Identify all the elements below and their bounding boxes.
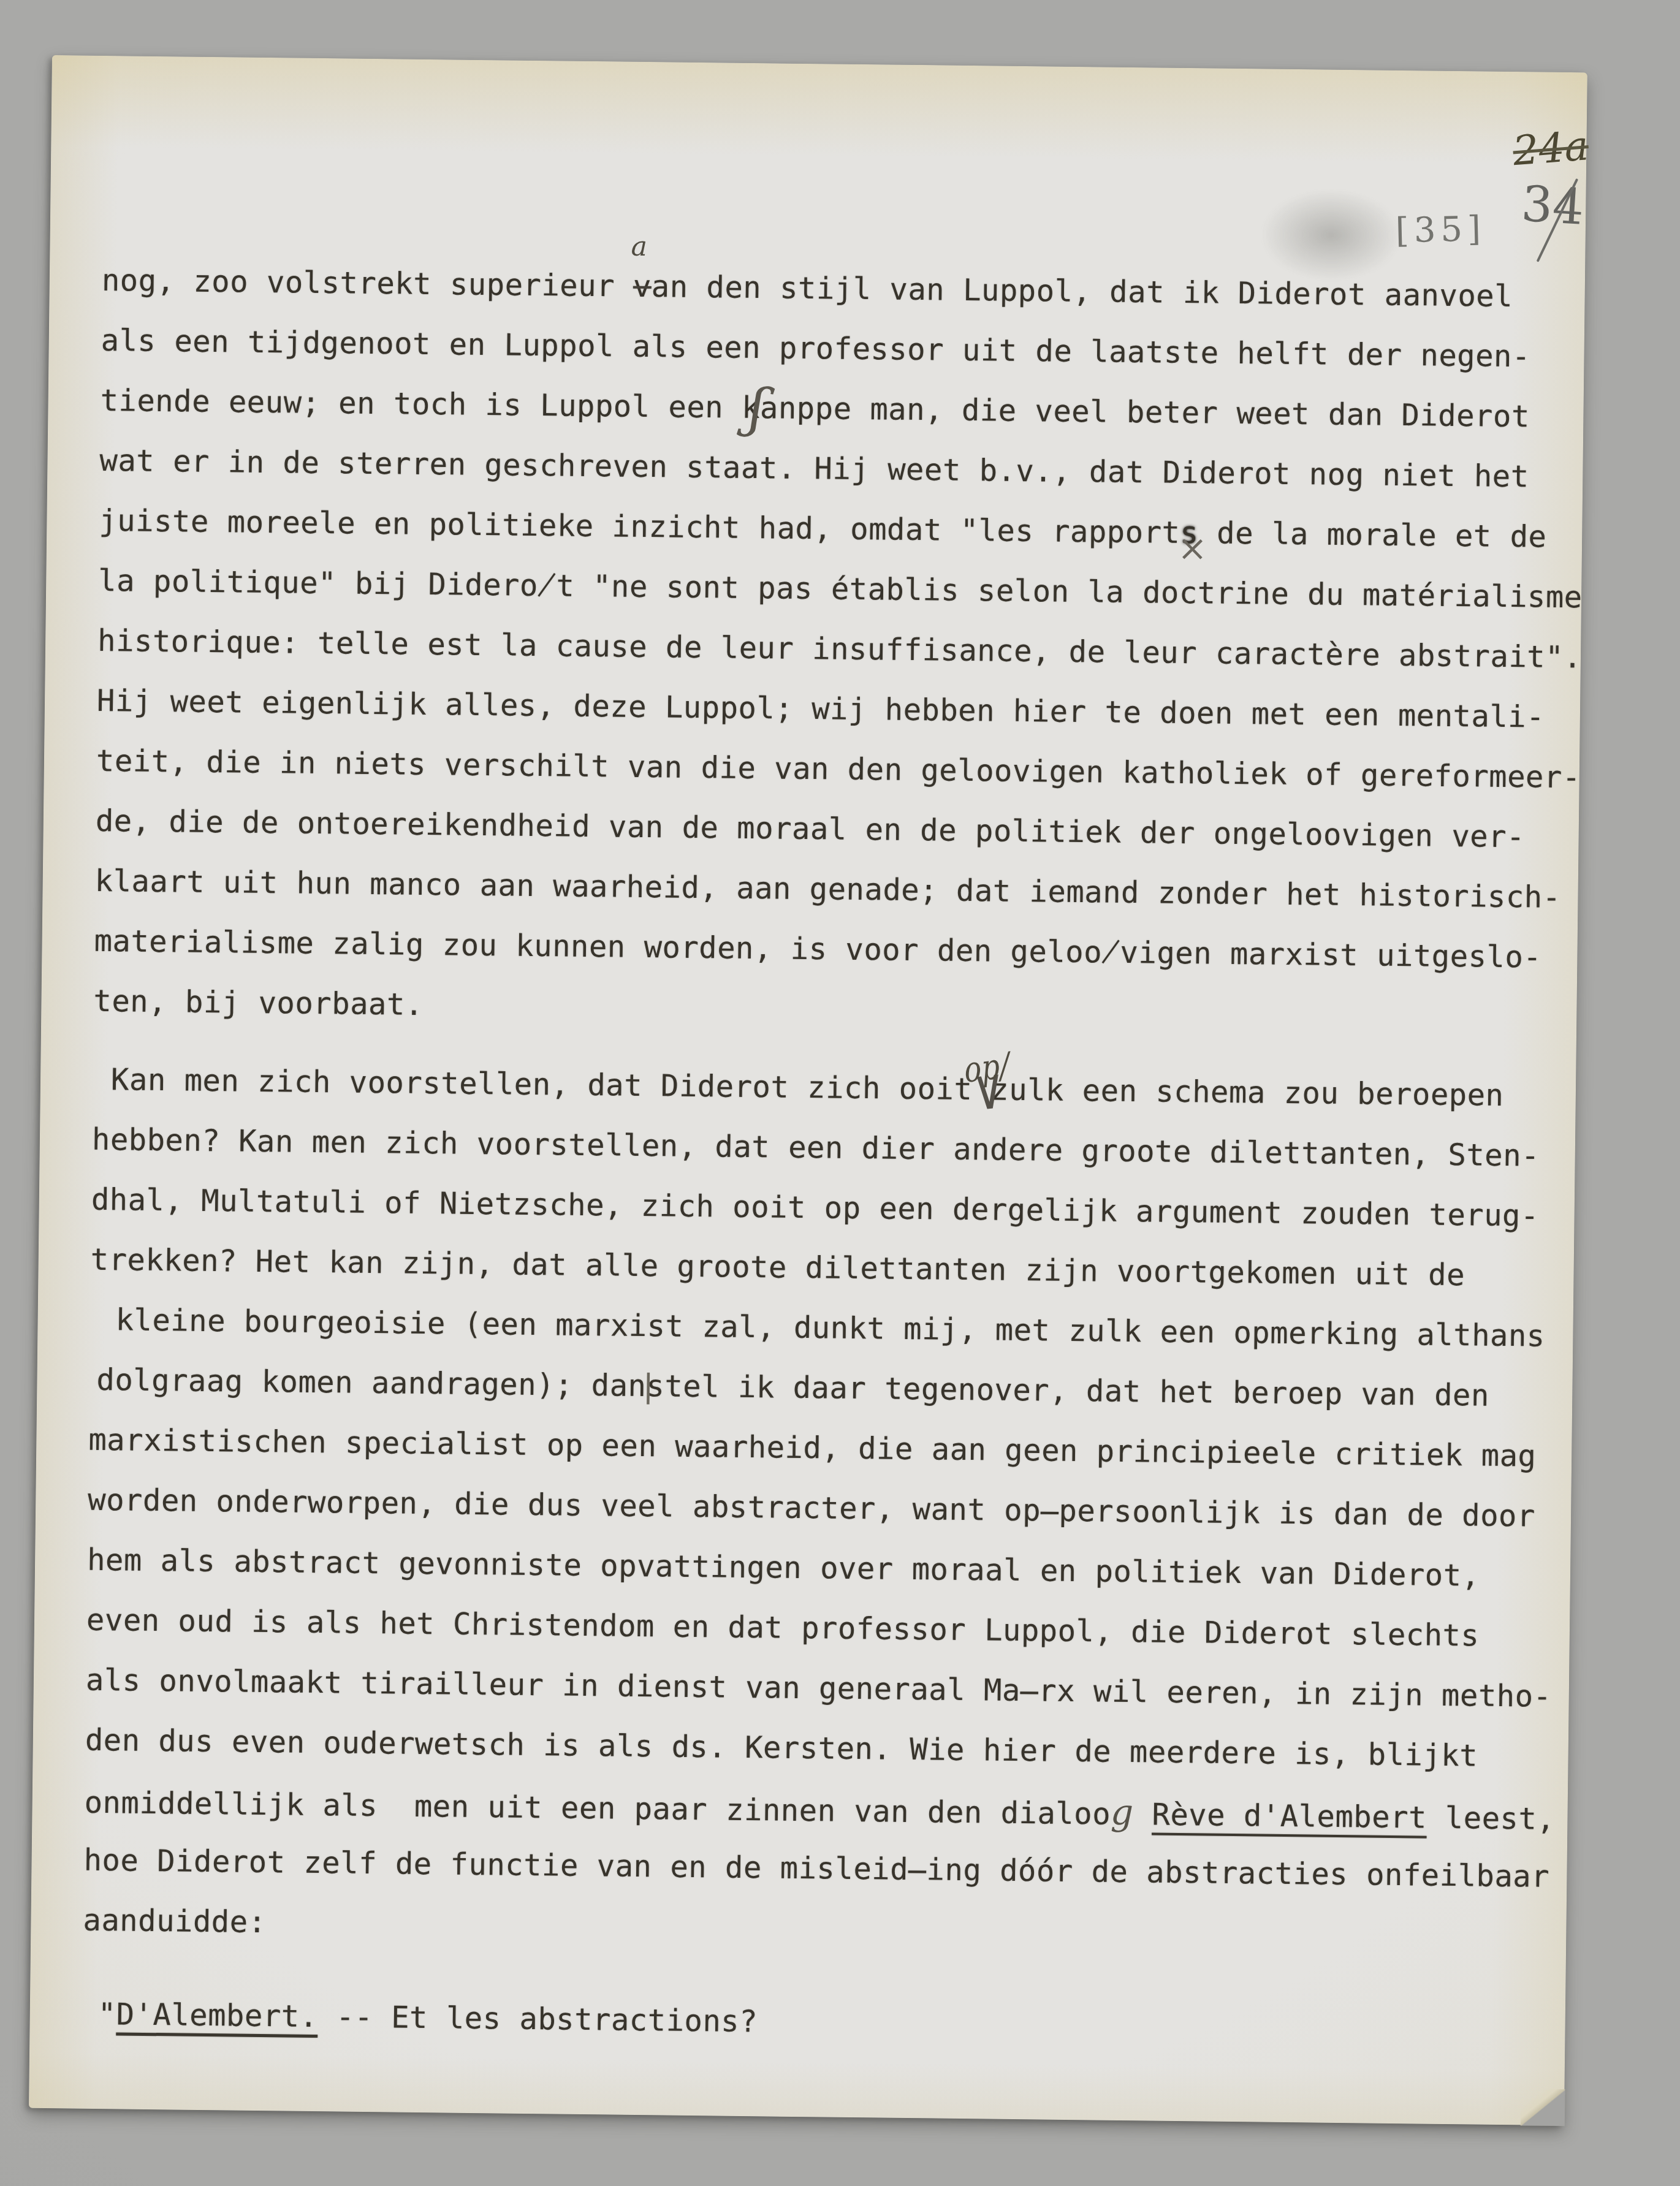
typed-text-segment: aanduidde: [83,1903,267,1940]
typed-text-segment: wat er in de sterren geschreven staat. H… [99,443,1529,494]
typed-text-segment: dhal, Multatuli of Nietzsche, zich ooit … [91,1182,1539,1234]
typed-text-segment: -- Et les abstractions? [317,1999,758,2039]
typed-text-segment: kleine bourgeoisie (een marxist zal, dun… [115,1302,1545,1353]
typed-text-segment: Kan men zich voorstellen, dat Diderot zi… [111,1062,973,1107]
overstruck-character: va [633,269,652,304]
typed-text-segment: an den stijl van Luppol, dat ik Diderot … [651,269,1513,314]
typed-line: "D'Alembert. -- Et les abstractions? [97,1984,1567,2061]
typed-text-segment [1133,1797,1152,1832]
scan-background: { "palette": { "background": "#a0a09e", … [0,0,1680,2186]
typed-text-segment: dolgraag komen aandragen); dan [96,1362,647,1403]
typed-text-segment: den dus even ouderwetsch is als ds. Kers… [85,1723,1478,1774]
typed-text-block: nog, zoo volstrekt superieur vaan den st… [29,55,1589,2061]
typed-text-segment: juiste moreele en politieke inzicht had,… [99,503,1180,550]
typed-text-segment: stel ik daar tegenover, dat het beroep v… [646,1368,1489,1413]
underlined-title: Rève d'Alembert [1152,1797,1427,1835]
typed-text-segment: marxistischen specialist op een waarheid… [88,1422,1537,1474]
typed-text-segment: als een tijdgenoot en Luppol als een pro… [101,323,1530,374]
typed-text-segment: even oud is als het Christendom en dat p… [86,1603,1480,1653]
document-page: 24a 34 [35] nog, zoo volstrekt superieur… [29,55,1587,2125]
typed-text-segment: hoe Diderot zelf de functie van en de mi… [83,1843,1549,1894]
typed-text-segment: klaart uit hun manco aan waarheid, aan g… [94,863,1561,915]
typed-text-segment: leest, [1427,1801,1556,1837]
handwritten-insertion-op: ∨op/ [972,1090,990,1092]
handwritten-note: op/ [964,1047,1011,1088]
handwritten-g-correction: g [1111,1791,1134,1833]
typed-text-segment: hem als abstract gevonniste opvattingen … [87,1543,1480,1593]
typed-text-segment: onmiddellijk als men uit een paar zinnen… [84,1785,1111,1832]
typed-text-segment: hebben? Kan men zich voorstellen, dat ee… [92,1122,1540,1174]
typed-text-segment: trekken? Het kan zijn, dat alle groote d… [90,1242,1465,1292]
typed-text-segment: materialisme zalig zou kunnen worden, is… [94,924,1541,975]
typed-text-segment: nppe man, die veel beter weet dan Didero… [778,390,1530,434]
overstruck-character: s [1180,515,1199,550]
typed-text-segment: nog, zoo volstrekt superieur [102,263,634,304]
typed-text-segment: tiende eeuw; en toch is Luppol een ka [100,383,778,426]
typed-text-segment: ten, bij voorbaat. [93,984,424,1022]
typed-text-segment: worden onderworpen, die dus veel abstrac… [88,1482,1535,1534]
handwritten-note: a [631,233,647,260]
typed-text-segment: teit, die in niets verschilt van die van… [96,743,1581,795]
typed-text-segment: " [97,1997,116,2032]
typed-text-segment: zulk een schema zou beroepen [990,1072,1504,1112]
typed-text-segment: Hij weet eigenlijk alles, deze Luppol; w… [97,683,1545,735]
typed-text-segment: la politique" bij Didero̸t "ne sont pas … [98,563,1583,615]
typed-text-segment: de, die de ontoereikendheid van de moraa… [96,803,1526,854]
typed-text-segment: de la morale et de [1198,515,1547,554]
typed-text-segment: historique: telle est la cause de leur i… [97,623,1582,675]
typed-text-segment: als onvolmaakt tirailleur in dienst van … [86,1663,1552,1714]
underlined-speaker: D'Alembert. [116,1997,318,2034]
